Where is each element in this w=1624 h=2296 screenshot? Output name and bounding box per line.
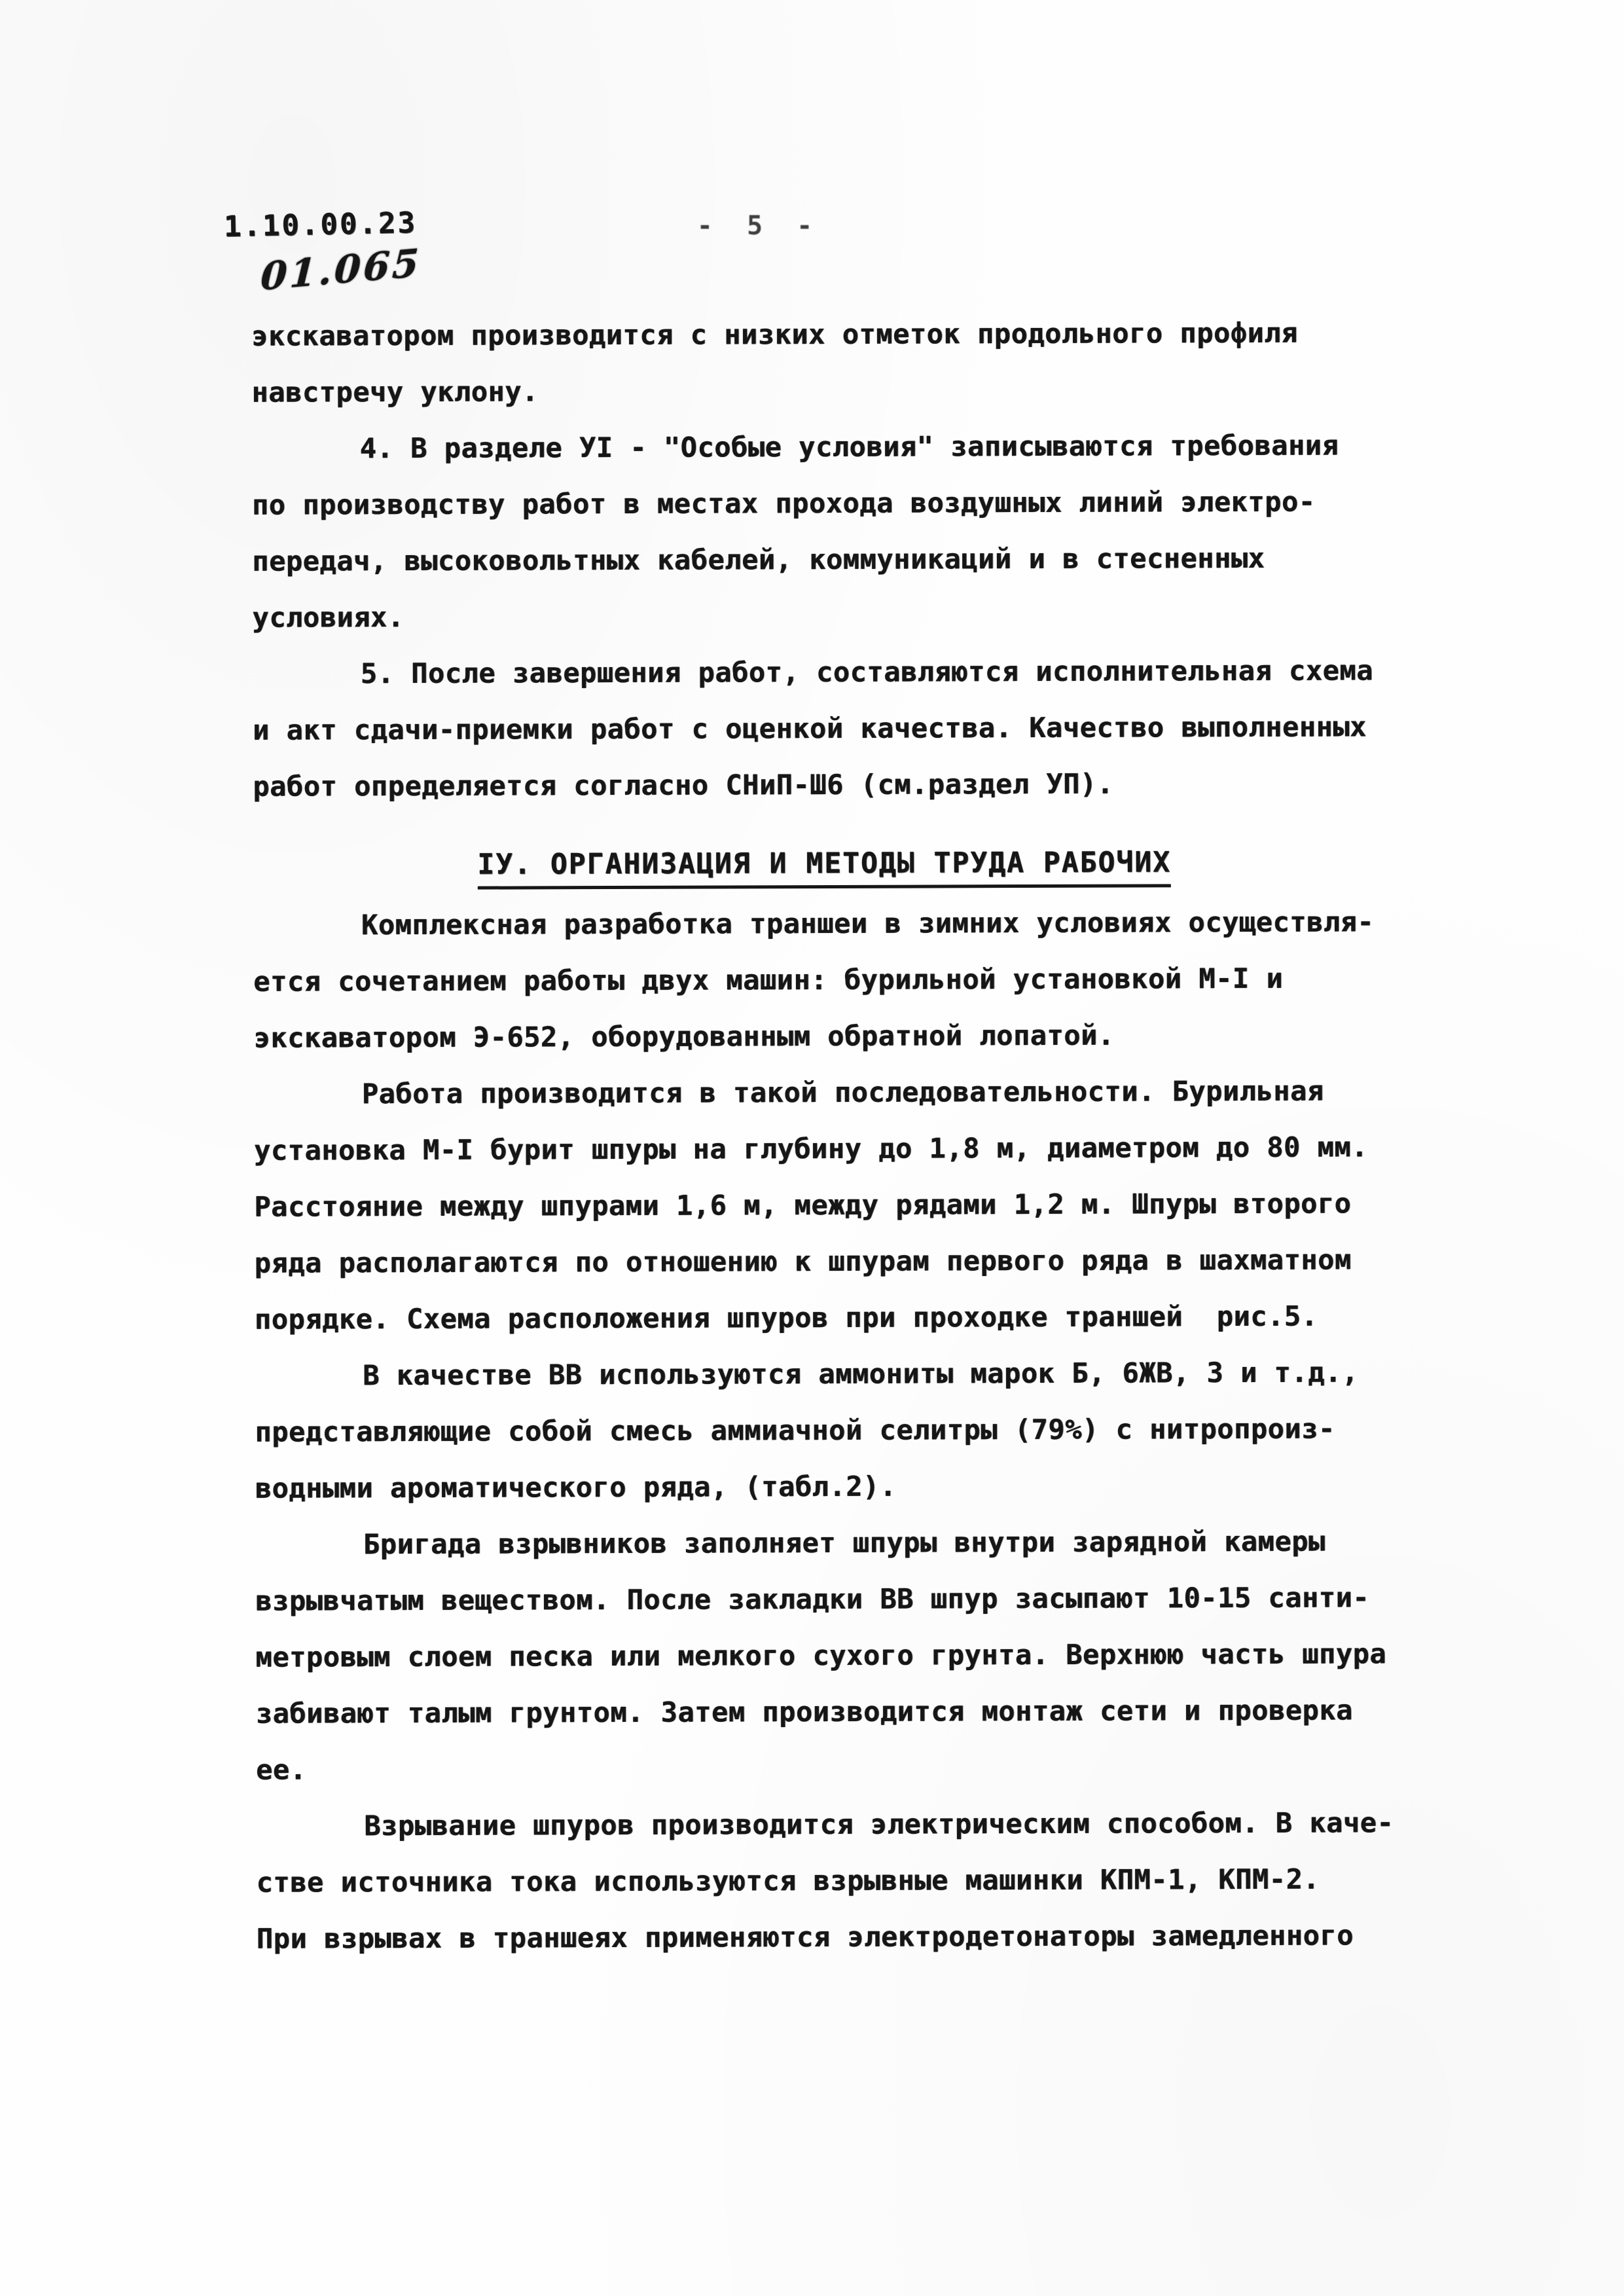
text-line: представляющие собой смесь аммиачной сел…	[255, 1400, 1397, 1460]
text-line: и акт сдачи-приемки работ с оценкой каче…	[253, 699, 1395, 758]
text-line: условиях.	[252, 586, 1394, 646]
text-line: 5. После завершения работ, составляются …	[253, 642, 1395, 702]
text-line: 4. В разделе УI - "Особые условия" запис…	[252, 417, 1394, 477]
text-line: метровым слоем песка или мелкого сухого …	[255, 1626, 1398, 1685]
paragraphs-before-heading: экскаватором производится с низких отмет…	[251, 304, 1395, 814]
text-line: порядке. Схема расположения шпуров при п…	[255, 1288, 1397, 1347]
text-line: стве источника тока используются взрывны…	[256, 1851, 1398, 1910]
text-line: водными ароматического ряда, (табл.2).	[255, 1457, 1398, 1516]
text-line: ется сочетанием работы двух машин: бурил…	[253, 950, 1396, 1010]
text-line: забивают талым грунтом. Затем производит…	[256, 1682, 1398, 1741]
text-line: Взрывание шпуров производится электричес…	[256, 1795, 1398, 1854]
section-heading: IУ. ОРГАНИЗАЦИЯ И МЕТОДЫ ТРУДА РАБОЧИХ	[253, 833, 1396, 893]
document-code: 1.10.00.23	[223, 206, 417, 244]
text-line: по производству работ в местах прохода в…	[252, 473, 1394, 533]
text-line: Комплексная разработка траншеи в зимних …	[253, 894, 1396, 953]
text-line: установка М-I бурит шпуры на глубину до …	[254, 1119, 1396, 1178]
text-line: передач, высоковольтных кабелей, коммуни…	[252, 530, 1394, 589]
text-line: экскаватором производится с низких отмет…	[251, 304, 1394, 364]
section-heading-text: IУ. ОРГАНИЗАЦИЯ И МЕТОДЫ ТРУДА РАБОЧИХ	[477, 846, 1171, 889]
page-number: - 5 -	[661, 211, 857, 241]
text-line: работ определяется согласно СНиП-Ш6 (см.…	[253, 755, 1395, 814]
text-line: Работа производится в такой последовател…	[254, 1063, 1396, 1122]
text-line: экскаватором Э-652, оборудованным обратн…	[253, 1006, 1396, 1066]
text-line: При взрывах в траншеях применяются элект…	[257, 1907, 1399, 1967]
handwritten-annotation: 01.065	[260, 240, 423, 299]
text-line: взрывчатым веществом. После закладки ВВ …	[255, 1569, 1398, 1629]
text-line: Расстояние между шпурами 1,6 м, между ря…	[254, 1175, 1396, 1235]
paragraphs-after-heading: Комплексная разработка траншеи в зимних …	[253, 894, 1399, 1967]
text-line: Бригада взрывников заполняет шпуры внутр…	[255, 1513, 1398, 1573]
text-line: В качестве ВВ используются аммониты маро…	[255, 1344, 1397, 1404]
text-line: навстречу уклону.	[251, 361, 1394, 420]
text-line: ряда располагаются по отношению к шпурам…	[254, 1231, 1396, 1291]
scanned-page: 1.10.00.23 01.065 - 5 - экскаватором про…	[0, 0, 1624, 2296]
document-body: экскаватором производится с низких отмет…	[251, 304, 1399, 1967]
text-line: ее.	[256, 1738, 1398, 1798]
